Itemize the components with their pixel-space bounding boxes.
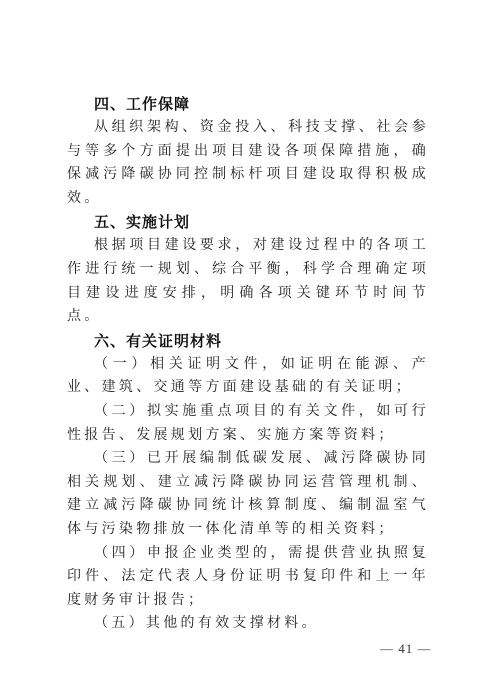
section-heading: 六、有关证明材料 bbox=[67, 329, 429, 353]
section-heading: 四、工作保障 bbox=[67, 92, 429, 116]
section-work-guarantee: 四、工作保障 从组织架构、资金投入、科技支撑、社会参与等多个方面提出项目建设各项… bbox=[67, 92, 429, 210]
section-heading: 五、实施计划 bbox=[67, 210, 429, 234]
list-item: （一）相关证明文件，如证明在能源、产业、建筑、交通等方面建设基础的有关证明； bbox=[67, 353, 429, 400]
section-implementation-plan: 五、实施计划 根据项目建设要求，对建设过程中的各项工作进行统一规划、综合平衡，科… bbox=[67, 210, 429, 328]
list-item: （四）申报企业类型的，需提供营业执照复印件、法定代表人身份证明书复印件和上一年度… bbox=[67, 542, 429, 613]
paragraph: 从组织架构、资金投入、科技支撑、社会参与等多个方面提出项目建设各项保障措施，确保… bbox=[67, 116, 429, 210]
document-page: 四、工作保障 从组织架构、资金投入、科技支撑、社会参与等多个方面提出项目建设各项… bbox=[67, 92, 429, 636]
list-item: （五）其他的有效支撑材料。 bbox=[67, 612, 429, 636]
list-item: （二）拟实施重点项目的有关文件，如可行性报告、发展规划方案、实施方案等资料； bbox=[67, 400, 429, 447]
list-item: （三）已开展编制低碳发展、减污降碳协同相关规划、建立减污降碳协同运营管理机制、建… bbox=[67, 447, 429, 541]
paragraph: 根据项目建设要求，对建设过程中的各项工作进行统一规划、综合平衡，科学合理确定项目… bbox=[67, 234, 429, 328]
page-number: — 41 — bbox=[380, 641, 432, 657]
section-supporting-materials: 六、有关证明材料 （一）相关证明文件，如证明在能源、产业、建筑、交通等方面建设基… bbox=[67, 329, 429, 636]
